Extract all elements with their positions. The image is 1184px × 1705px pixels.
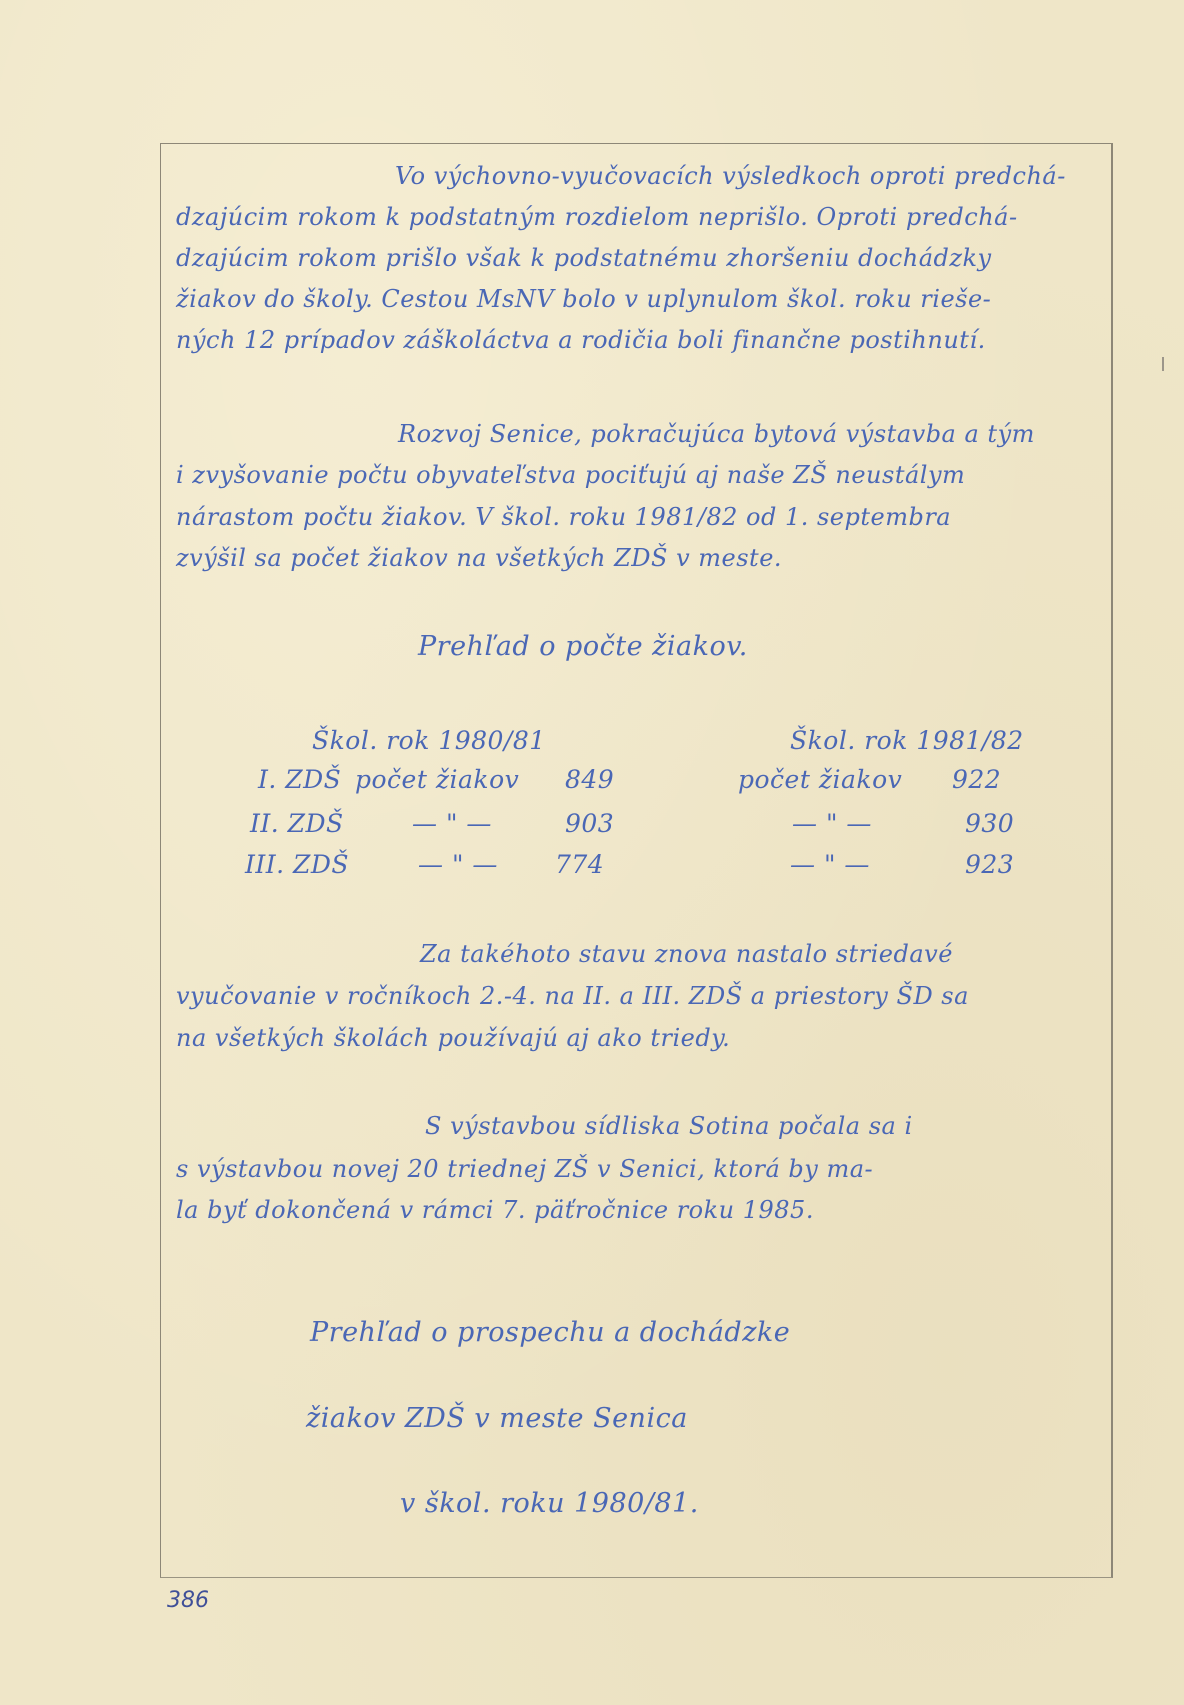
school-name: II. ZDŠ <box>250 809 344 838</box>
count-1980: 903 <box>565 809 614 838</box>
ditto-mark: — " — <box>792 809 872 838</box>
count-1981: 922 <box>952 765 1001 794</box>
text-line: la byť dokončená v rámci 7. päťročnice r… <box>176 1196 814 1224</box>
margin-mark <box>1162 357 1164 371</box>
text-line: ných 12 prípadov záškoláctva a rodičia b… <box>176 326 986 354</box>
text-line: dzajúcim rokom prišlo však k podstatnému… <box>176 244 992 272</box>
text-line: žiakov do školy. Cestou MsNV bolo v uply… <box>176 285 991 313</box>
overview-title: Prehľad o počte žiakov. <box>418 631 748 662</box>
text-line: dzajúcim rokom k podstatným rozdielom ne… <box>176 203 1018 231</box>
count-1980: 774 <box>555 850 604 879</box>
text-line: S výstavbou sídliska Sotina počala sa i <box>425 1112 913 1140</box>
text-line: Za takéhoto stavu znova nastalo striedav… <box>420 940 953 968</box>
ditto-mark: — " — <box>418 850 498 879</box>
count-1981: 923 <box>965 850 1014 879</box>
count-label: počet žiakov <box>738 765 902 794</box>
text-line: Rozvoj Senice, pokračujúca bytová výstav… <box>398 420 1035 448</box>
column-header-1980: Škol. rok 1980/81 <box>312 726 546 755</box>
ditto-mark: — " — <box>412 809 492 838</box>
text-line: zvýšil sa počet žiakov na všetkých ZDŠ v… <box>176 544 782 572</box>
school-name: I. ZDŠ <box>258 765 341 794</box>
school-name: III. ZDŠ <box>245 850 349 879</box>
ditto-mark: — " — <box>790 850 870 879</box>
text-line: i zvyšovanie počtu obyvateľstva pociťujú… <box>176 461 965 489</box>
text-line: nárastom počtu žiakov. V škol. roku 1981… <box>176 503 951 531</box>
column-header-1981: Škol. rok 1981/82 <box>790 726 1024 755</box>
heading-line: žiakov ZDŠ v meste Senica <box>306 1403 688 1434</box>
count-1981: 930 <box>965 809 1014 838</box>
heading-line: Prehľad o prospechu a dochádzke <box>310 1317 790 1348</box>
heading-line: v škol. roku 1980/81. <box>400 1488 699 1519</box>
count-label: počet žiakov <box>355 765 519 794</box>
count-1980: 849 <box>565 765 614 794</box>
text-line: s výstavbou novej 20 triednej ZŠ v Senic… <box>176 1155 873 1183</box>
text-line: vyučovanie v ročníkoch 2.-4. na II. a II… <box>176 982 969 1010</box>
text-line: na všetkých školách používajú aj ako tri… <box>176 1024 730 1052</box>
page-number: 386 <box>167 1588 209 1613</box>
text-line: Vo výchovno-vyučovacích výsledkoch oprot… <box>395 162 1066 190</box>
